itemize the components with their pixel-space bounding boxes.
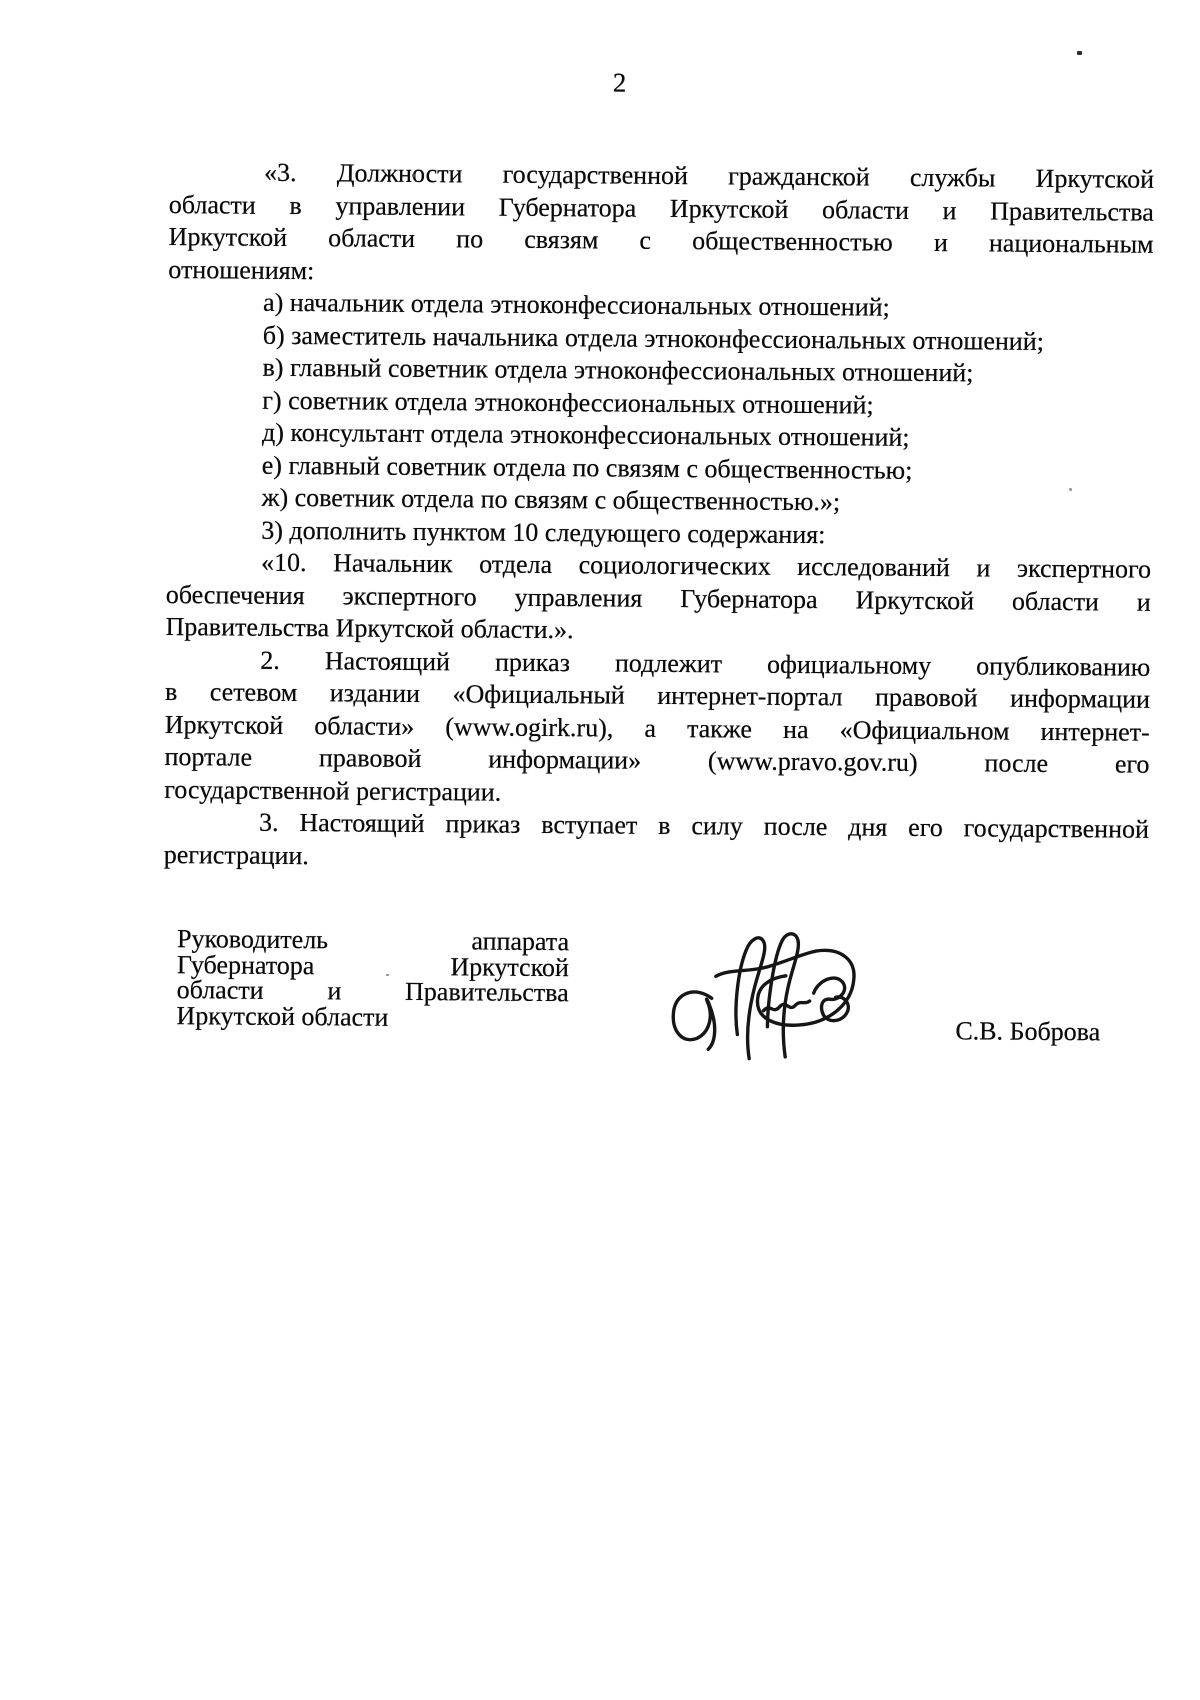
handwritten-signature-icon bbox=[667, 922, 863, 1064]
signature-block: Руководитель аппарата Губернатора Иркутс… bbox=[161, 926, 1148, 1154]
scan-speck bbox=[1077, 51, 1082, 55]
document-body: «3. Должности государственной гражданско… bbox=[164, 156, 1155, 879]
page-number: 2 bbox=[613, 67, 627, 98]
scan-speck bbox=[386, 974, 389, 976]
scanned-document-page: 2 «3. Должности государственной гражданс… bbox=[0, 0, 1200, 1700]
signer-name: С.В. Боброва bbox=[955, 1016, 1135, 1047]
signer-position-line: Иркутской области bbox=[176, 1003, 568, 1032]
scan-speck bbox=[1069, 488, 1072, 491]
signer-position: Руководитель аппарата Губернатора Иркутс… bbox=[176, 926, 569, 1031]
scan-speck bbox=[412, 174, 415, 177]
page-content: 2 «3. Должности государственной гражданс… bbox=[170, 60, 1155, 68]
